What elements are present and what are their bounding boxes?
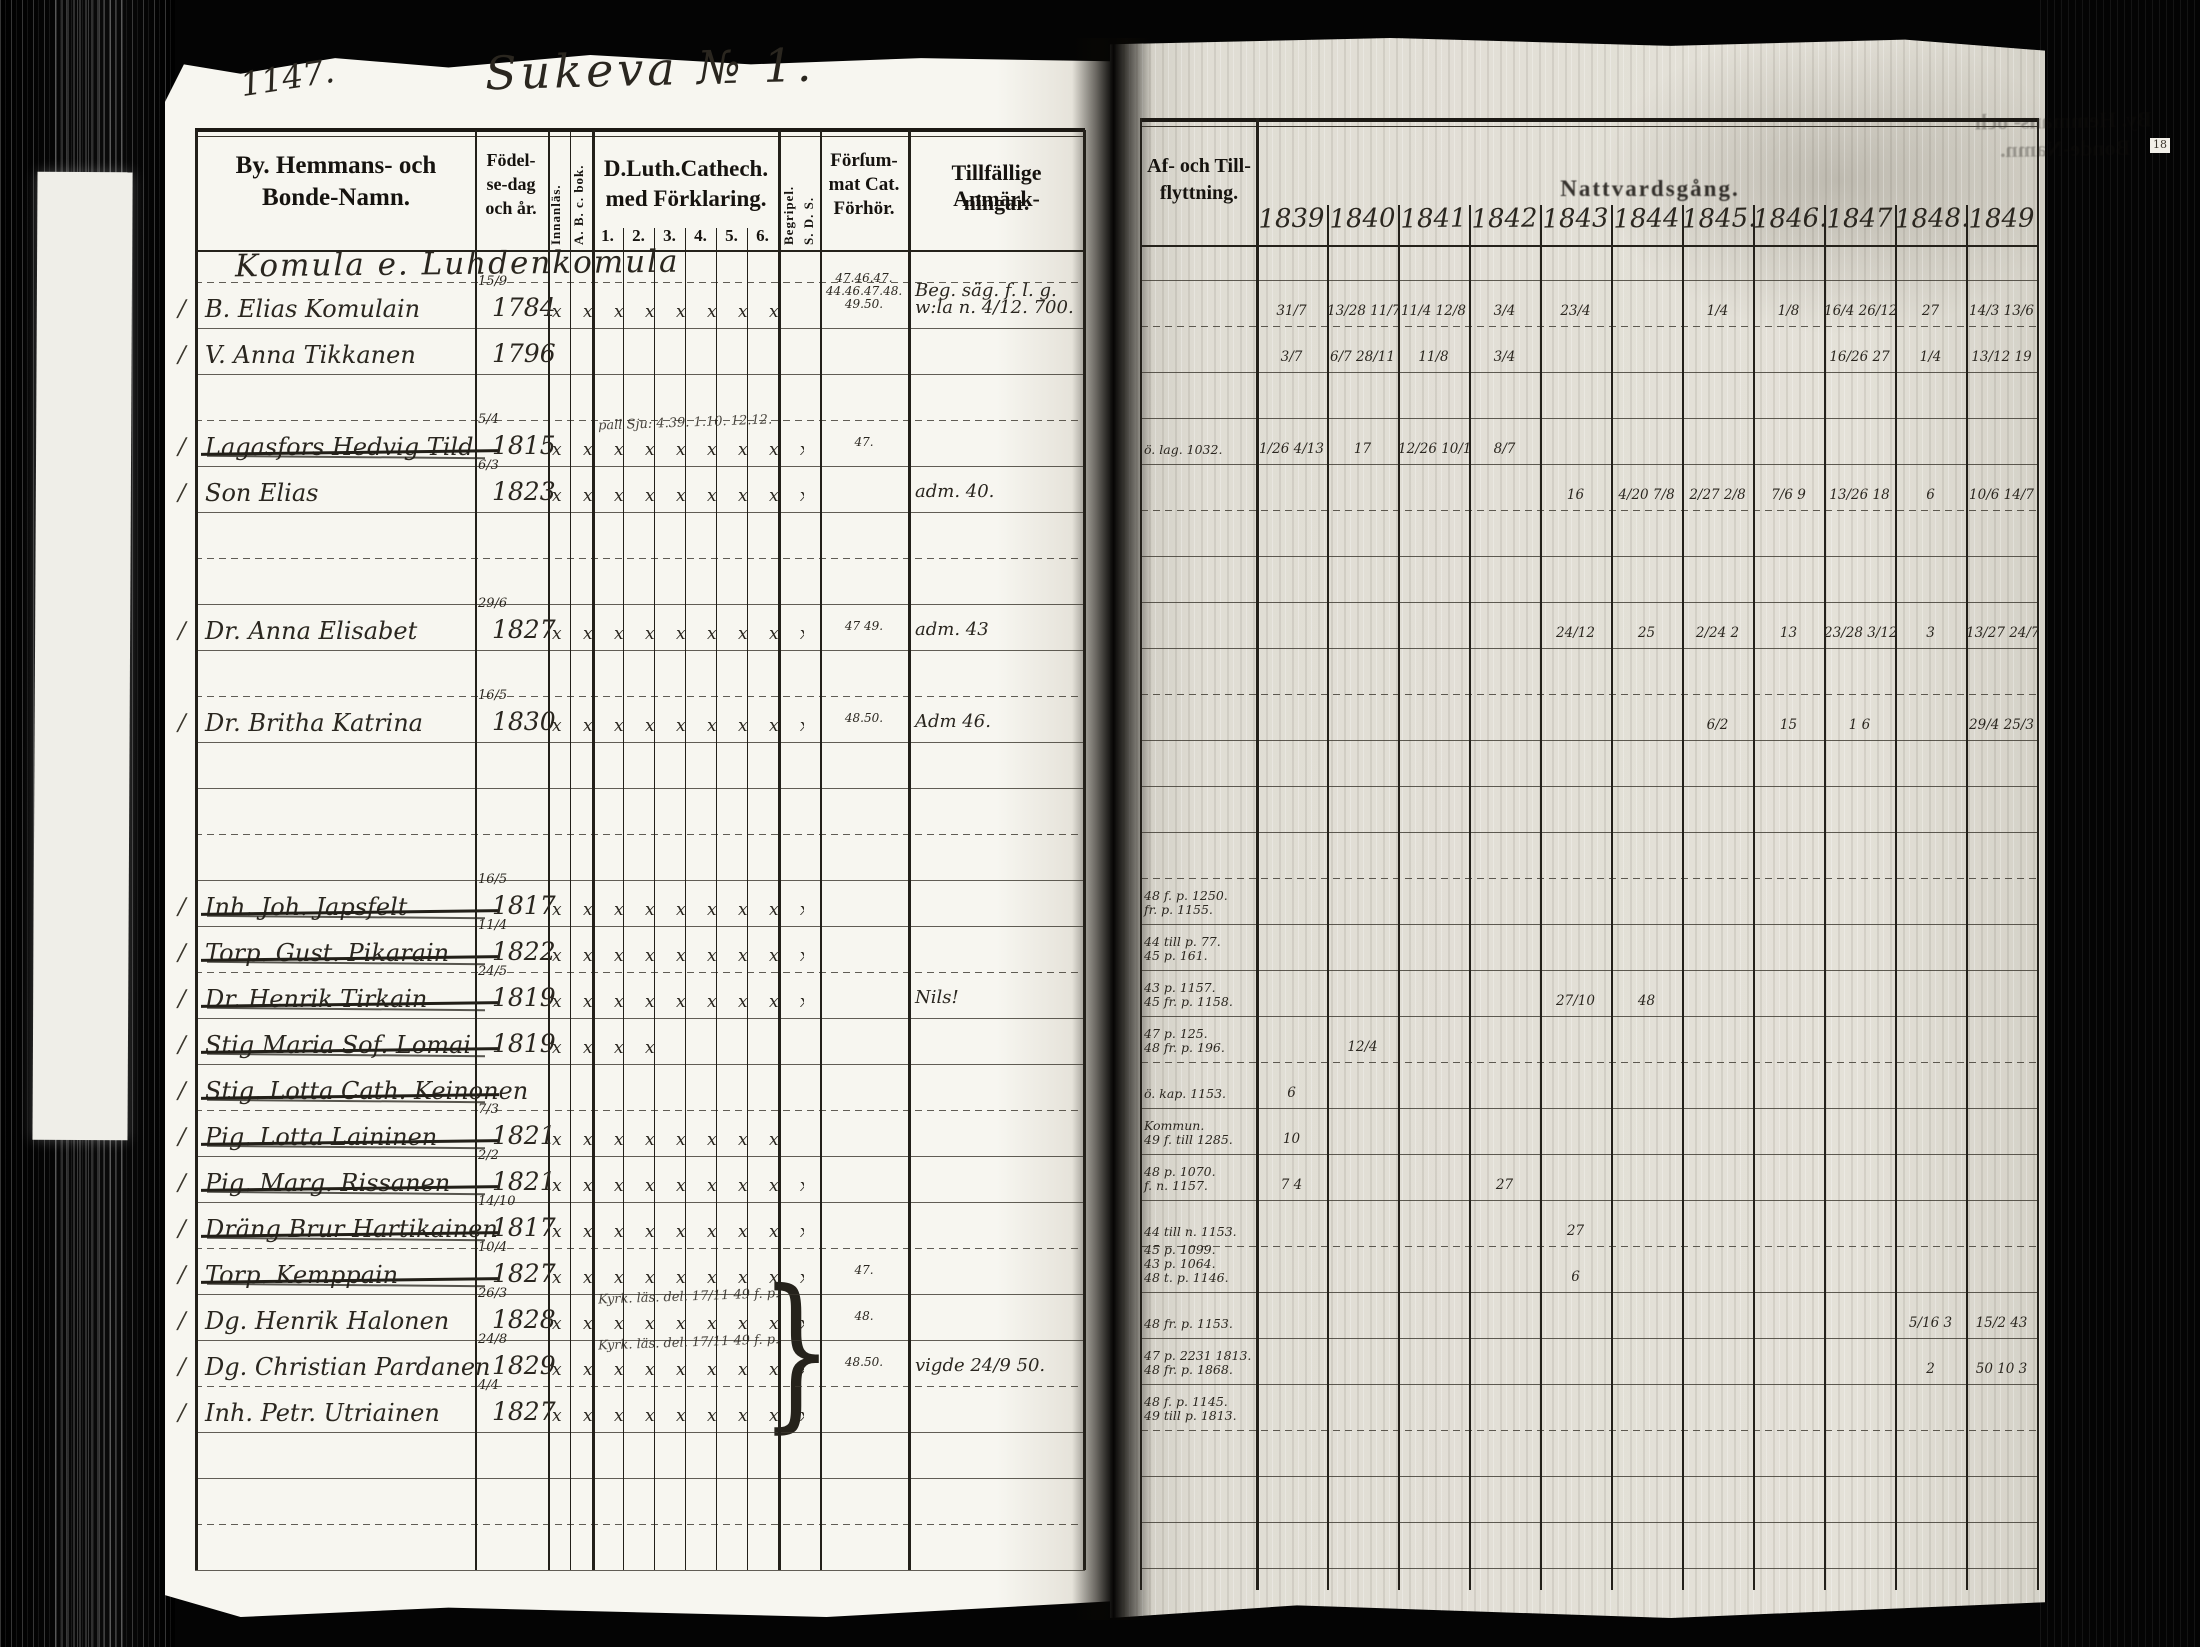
birth-year: 1817 <box>492 1213 556 1242</box>
row-name: Son Elias <box>205 479 505 513</box>
cathech-subcol-number: 6. <box>747 226 778 246</box>
row-name: Pig. Marg. Rissanen <box>205 1169 505 1203</box>
flyttning-entry: 45 p. 1099. <box>1144 1242 1256 1257</box>
ruled-line-left <box>195 696 1085 697</box>
birth-year: 1817 <box>492 891 556 920</box>
ruled-line-right <box>1141 418 2038 419</box>
nattvard-mark: 6 <box>1895 487 1966 503</box>
nattvard-mark: 2/27 2/8 <box>1682 487 1753 503</box>
margin-tick: ∕ <box>178 1170 186 1196</box>
ruled-line-right <box>1141 1568 2038 1569</box>
flyttning-entry: 48 f. p. 1145. <box>1144 1394 1256 1409</box>
flyttning-entry: 44 till n. 1153. <box>1144 1224 1256 1239</box>
nattvard-mark: 12/26 10/13 <box>1398 441 1469 457</box>
catechism-marks: x x x x x x x x x x x x x x x x <box>552 624 804 644</box>
year-label-1847: 1847 <box>1824 203 1896 234</box>
nattvard-mark: 1/26 4/13 <box>1256 441 1327 457</box>
year-column-line <box>1753 205 1755 1590</box>
row-name: Inh. Joh. Japsfelt <box>205 893 505 927</box>
margin-tick: ∕ <box>178 618 186 644</box>
flyttning-entry: 47 p. 125. <box>1144 1026 1256 1041</box>
margin-tick: ∕ <box>178 1354 186 1380</box>
birth-year: 1823 <box>492 477 556 506</box>
birth-day-fraction: 2/2 <box>478 1148 499 1163</box>
forsummat-entry: 48.50. <box>822 1355 906 1369</box>
forsummat-entry: 47 49. <box>822 619 906 633</box>
ruled-line-left <box>195 1524 1085 1525</box>
column-line-left <box>1083 130 1086 1570</box>
flyttning-entry: 47 p. 2231 1813. <box>1144 1348 1256 1363</box>
birth-year: 1819 <box>492 1029 556 1058</box>
margin-tick: ∕ <box>178 1216 186 1242</box>
flyttning-entry: fr. p. 1155. <box>1144 902 1256 917</box>
year-label-1844: 1844 <box>1611 203 1683 234</box>
anmarkning-entry: Nils! <box>915 987 1087 1008</box>
row-name: Dräng Brur Hartikainen <box>205 1215 505 1249</box>
margin-tick: ∕ <box>178 342 186 368</box>
year-label-1842: 1842 <box>1469 203 1541 234</box>
row-name: Dg. Henrik Halonen <box>205 1307 505 1341</box>
ruled-line-right <box>1141 970 2038 971</box>
ruled-line-left <box>195 1478 1085 1479</box>
margin-tick: ∕ <box>178 1032 186 1058</box>
forsummat-entry: 48. <box>822 1309 906 1323</box>
ruled-line-right <box>1141 556 2038 557</box>
ruled-line-right <box>1141 1016 2038 1017</box>
birth-year: 1827 <box>492 1259 556 1288</box>
catechism-marks: x x x x x x x x x x x x x x <box>552 1360 804 1380</box>
year-column-line <box>1469 205 1471 1590</box>
header-bottom-rule-left <box>195 250 1085 252</box>
catechism-marks: x x x x x x x x x x x x x <box>552 1222 804 1242</box>
row-name: Pig. Lotta Laininen <box>205 1123 505 1157</box>
nattvard-mark: 23/28 3/12 <box>1824 625 1895 641</box>
ruled-line-left <box>195 834 1085 835</box>
row-name: Dr. Britha Katrina <box>205 709 505 743</box>
nattvard-mark: 3/7 <box>1256 349 1327 365</box>
year-column-line <box>1824 205 1826 1590</box>
year-label-1849: 1849 <box>1966 203 2038 234</box>
ruled-line-right <box>1141 280 2038 281</box>
margin-tick: ∕ <box>178 480 186 506</box>
column-line-left <box>908 130 911 1570</box>
catechism-marks: x x x x x x x x x x x x x x x <box>552 1176 804 1196</box>
row-name: Stig. Lotta Cath. Keinonen <box>205 1077 505 1111</box>
catechism-marks: x x x x x x x x x x x x x x <box>552 716 804 736</box>
birth-year: 1784 <box>492 293 556 322</box>
nattvard-mark: 2/24 2 <box>1682 625 1753 641</box>
ruled-line-right <box>1141 1154 2038 1155</box>
birth-year: 1815 <box>492 431 556 460</box>
catechism-marks: x x x x x x x x <box>552 302 804 322</box>
catechism-marks: x x x x x x x x x x x x x x x <box>552 486 804 506</box>
flyttning-entry: ö. kap. 1153. <box>1144 1086 1256 1101</box>
anmarkning-entry: w:la n. 4/12. 700. <box>915 297 1087 318</box>
nattvard-mark: 23/4 <box>1540 303 1611 319</box>
ruled-line-right <box>1141 1062 2038 1063</box>
ruled-line-right <box>1141 1384 2038 1385</box>
nattvard-mark: 1 6 <box>1824 717 1895 733</box>
nattvard-mark: 24/12 <box>1540 625 1611 641</box>
nattvard-mark: 25 <box>1611 625 1682 641</box>
nattvard-mark: 4/20 7/8 <box>1611 487 1682 503</box>
nattvard-mark: 6/2 <box>1682 717 1753 733</box>
year-label-1846: 1846. <box>1753 203 1825 234</box>
nattvard-mark: 13/28 11/7 <box>1327 303 1398 319</box>
flyttning-entry: 48 fr. p. 196. <box>1144 1040 1256 1055</box>
scanned-church-record-page: 1147. Sukeva № 1. By. Hemmans- och Bonde… <box>0 0 2200 1647</box>
catechism-marks: x x x x x x x x x x x x x <box>552 1268 804 1288</box>
year-column-line <box>1895 205 1897 1590</box>
cathech-subcol-number: 4. <box>685 226 716 246</box>
ruled-line-left <box>195 880 1085 881</box>
ruled-line-left <box>195 558 1085 559</box>
year-column-line <box>1682 205 1684 1590</box>
row-name: Dg. Christian Pardanen <box>205 1353 505 1387</box>
nattvard-mark: 16/26 27 <box>1824 349 1895 365</box>
table-right-border <box>2037 118 2039 1590</box>
nattvard-mark: 3 <box>1895 625 1966 641</box>
margin-tick: ∕ <box>178 434 186 460</box>
margin-tick: ∕ <box>178 296 186 322</box>
birth-day-fraction: 15/9 <box>478 274 507 289</box>
margin-tick: ∕ <box>178 986 186 1012</box>
birth-day-fraction: 16/5 <box>478 872 507 887</box>
ruled-line-right <box>1141 740 2038 741</box>
flyttning-entry: 45 fr. p. 1158. <box>1144 994 1256 1009</box>
cathech-subcol-number: 1. <box>592 226 623 246</box>
ruled-line-right <box>1141 1476 2038 1477</box>
ruled-line-right <box>1141 1108 2038 1109</box>
nattvard-mark: 6 <box>1256 1085 1327 1101</box>
row-name: Lagasfors Hedvig Tild <box>205 433 505 467</box>
margin-tick: ∕ <box>178 1308 186 1334</box>
margin-tick: ∕ <box>178 1078 186 1104</box>
year-label-1840: 1840 <box>1327 203 1399 234</box>
nattvard-mark: 50 10 3 <box>1966 1361 2037 1377</box>
catechism-marks: x x x x <box>552 1038 804 1058</box>
ruled-line-right <box>1141 648 2038 649</box>
ruled-line-right <box>1141 510 2038 511</box>
row-name: Torp. Kemppain <box>205 1261 505 1295</box>
row-name: B. Elias Komulain <box>205 295 505 329</box>
catechism-marks: x x x x x x x x x x x x x x x <box>552 900 804 920</box>
nattvard-mark: 3/4 <box>1469 349 1540 365</box>
birth-year: 1822 <box>492 937 556 966</box>
catechism-marks: x x x x x x x x x x x <box>552 1406 804 1426</box>
year-column-line <box>1398 205 1400 1590</box>
catechism-marks: x x x x x x x x x x x x x x x <box>552 440 804 460</box>
column-line-left <box>778 130 781 1570</box>
nattvard-mark: 13/12 19 <box>1966 349 2037 365</box>
nattvard-mark: 27 <box>1540 1223 1611 1239</box>
ruled-line-right <box>1141 1522 2038 1523</box>
flyttning-entry: 49 till p. 1813. <box>1144 1408 1256 1423</box>
margin-tick: ∕ <box>178 1262 186 1288</box>
nattvard-mark: 13 <box>1753 625 1824 641</box>
column-line-left <box>195 130 198 1570</box>
nattvard-mark: 13/26 18 <box>1824 487 1895 503</box>
nattvard-mark: 11/4 12/8 <box>1398 303 1469 319</box>
ruled-line-right <box>1141 1430 2038 1431</box>
catechism-marks: x x x x x x x x x x x x x <box>552 992 804 1012</box>
nattvard-mark: 14/3 13/6 <box>1966 303 2037 319</box>
birth-year: 1821 <box>492 1167 556 1196</box>
cathech-subcol-number: 5. <box>716 226 747 246</box>
ruled-line-left <box>195 1570 1085 1571</box>
flyttning-entry: 43 p. 1157. <box>1144 980 1256 995</box>
forsummat-entry: 47. <box>822 1263 906 1277</box>
margin-tick: ∕ <box>178 1400 186 1426</box>
birth-day-fraction: 4/4 <box>478 1378 499 1393</box>
forsummat-entry: 49.50. <box>822 297 906 311</box>
flyttning-entry: 44 till p. 77. <box>1144 934 1256 949</box>
nattvard-mark: 15 <box>1753 717 1824 733</box>
margin-tick: ∕ <box>178 894 186 920</box>
year-label-1839: 1839 <box>1256 203 1328 234</box>
ruled-line-left <box>195 604 1085 605</box>
ruled-line-left <box>195 788 1085 789</box>
nattvard-mark: 1/4 <box>1895 349 1966 365</box>
nattvard-mark: 31/7 <box>1256 303 1327 319</box>
margin-tick: ∕ <box>178 1124 186 1150</box>
catechism-marks: x x x x x x x x x x x x x x x x <box>552 946 804 966</box>
nattvard-mark: 12/4 <box>1327 1039 1398 1055</box>
ruled-line-right <box>1141 832 2038 833</box>
ruled-line-right <box>1141 924 2038 925</box>
flyttning-entry: 48 f. p. 1250. <box>1144 888 1256 903</box>
birth-day-fraction: 24/5 <box>478 964 507 979</box>
margin-tick: ∕ <box>178 710 186 736</box>
birth-year: 1829 <box>492 1351 556 1380</box>
anmarkning-entry: Adm 46. <box>915 711 1087 732</box>
birth-day-fraction: 10/4 <box>478 1240 507 1255</box>
header-bottom-rule-right <box>1140 245 2038 247</box>
nattvard-mark: 5/16 3 <box>1895 1315 1966 1331</box>
year-column-line <box>1966 205 1968 1590</box>
ruled-line-right <box>1141 464 2038 465</box>
nattvard-mark: 16/4 26/12 <box>1824 303 1895 319</box>
ruled-line-right <box>1141 326 2038 327</box>
birth-day-fraction: 7/3 <box>478 1102 499 1117</box>
row-name: V. Anna Tikkanen <box>205 341 505 375</box>
row-name: Stig Maria Sof. Lomai <box>205 1031 505 1065</box>
ruled-line-right <box>1141 878 2038 879</box>
flyttning-entry: 48 fr. p. 1153. <box>1144 1316 1256 1331</box>
cathech-subcol-number: 2. <box>623 226 654 246</box>
nattvard-mark: 10/6 14/7 <box>1966 487 2037 503</box>
birth-day-fraction: 26/3 <box>478 1286 507 1301</box>
nattvard-mark: 13/27 24/7 <box>1966 625 2037 641</box>
birth-day-fraction: 6/3 <box>478 458 499 473</box>
nattvard-mark: 6 <box>1540 1269 1611 1285</box>
nattvard-mark: 29/4 25/3 <box>1966 717 2037 733</box>
ruled-line-right <box>1141 786 2038 787</box>
nattvard-mark: 48 <box>1611 993 1682 1009</box>
flyttning-entry: 49 f. till 1285. <box>1144 1132 1256 1147</box>
ruled-line-right <box>1141 1200 2038 1201</box>
nattvard-mark: 15/2 43 <box>1966 1315 2037 1331</box>
nattvard-mark: 27 <box>1469 1177 1540 1193</box>
birth-year: 1796 <box>492 339 556 368</box>
catechism-marks: x x x x x x x x <box>552 1130 804 1150</box>
forsummat-entry: 47.46.47. <box>822 271 906 285</box>
anmarkning-entry: vigde 24/9 50. <box>915 1355 1087 1376</box>
nattvard-mark: 16 <box>1540 487 1611 503</box>
table-top-rule-right <box>1140 126 2038 127</box>
ruled-line-right <box>1141 372 2038 373</box>
birth-day-fraction: 29/6 <box>478 596 507 611</box>
flyttning-entry: 48 t. p. 1146. <box>1144 1270 1256 1285</box>
table-top-rule-left <box>195 136 1085 137</box>
column-line-left <box>820 130 822 1570</box>
birth-year: 1819 <box>492 983 556 1012</box>
nattvard-mark: 6/7 28/11 <box>1327 349 1398 365</box>
anmarkning-entry: adm. 43 <box>915 619 1087 640</box>
flyttning-entry: ö. lag. 1032. <box>1144 442 1256 457</box>
nattvard-mark: 27/10 <box>1540 993 1611 1009</box>
nattvard-mark: 1/4 <box>1682 303 1753 319</box>
flyttning-left-line <box>1140 118 1142 1590</box>
birth-day-fraction: 11/4 <box>478 918 507 933</box>
nattvard-mark: 11/8 <box>1398 349 1469 365</box>
ruled-line-right <box>1141 694 2038 695</box>
table-top-border-left <box>195 128 1085 132</box>
birth-year: 1827 <box>492 1397 556 1426</box>
forsummat-entry: 47. <box>822 435 906 449</box>
flyttning-entry: 43 p. 1064. <box>1144 1256 1256 1271</box>
birth-year: 1828 <box>492 1305 556 1334</box>
table-body-layer: 1.2.3.4.5.6.1839184018411842184318441845… <box>0 0 2200 1647</box>
year-label-1845: 1845. <box>1682 203 1754 234</box>
ruled-line-right <box>1141 1338 2038 1339</box>
year-column-line <box>1611 205 1613 1590</box>
ruled-line-right <box>1141 602 2038 603</box>
year-label-1848: 1848. <box>1895 203 1967 234</box>
nattvard-mark: 7/6 9 <box>1753 487 1824 503</box>
nattvard-mark: 27 <box>1895 303 1966 319</box>
birth-day-fraction: 14/10 <box>478 1194 515 1209</box>
row-name: Torp. Gust. Pikarain <box>205 939 505 973</box>
forsummat-entry: 44.46.47.48. <box>822 284 906 298</box>
catechism-marks: x x x x x x x x x x x x x x <box>552 1314 804 1334</box>
flyttning-entry: 48 fr. p. 1868. <box>1144 1362 1256 1377</box>
margin-tick: ∕ <box>178 940 186 966</box>
column-line-left <box>592 130 595 1570</box>
year-label-1841: 1841 <box>1398 203 1470 234</box>
row-name: Inh. Petr. Utriainen <box>205 1399 505 1433</box>
nattvard-mark: 7 4 <box>1256 1177 1327 1193</box>
birth-year: 1827 <box>492 615 556 644</box>
nattvard-mark: 3/4 <box>1469 303 1540 319</box>
year-label-1843: 1843 <box>1540 203 1612 234</box>
forsummat-entry: 48.50. <box>822 711 906 725</box>
row-name: Dr. Anna Elisabet <box>205 617 505 651</box>
nattvard-mark: 2 <box>1895 1361 1966 1377</box>
birth-day-fraction: 5/4 <box>478 412 499 427</box>
nattvard-mark: 17 <box>1327 441 1398 457</box>
table-top-border-right <box>1140 118 2038 122</box>
nattvard-mark: 10 <box>1256 1131 1327 1147</box>
birth-year: 1821 <box>492 1121 556 1150</box>
year-column-line <box>1540 205 1542 1590</box>
nattvard-mark: 1/8 <box>1753 303 1824 319</box>
nattvard-mark: 8/7 <box>1469 441 1540 457</box>
flyttning-right-line <box>1256 118 1259 1590</box>
birth-day-fraction: 16/5 <box>478 688 507 703</box>
flyttning-entry: 48 p. 1070. <box>1144 1164 1256 1179</box>
birth-day-fraction: 24/8 <box>478 1332 507 1347</box>
flyttning-entry: Kommun. <box>1144 1118 1256 1133</box>
flyttning-entry: 45 p. 161. <box>1144 948 1256 963</box>
cathech-subcol-number: 3. <box>654 226 685 246</box>
year-column-line <box>1327 205 1329 1590</box>
ruled-line-right <box>1141 1292 2038 1293</box>
ruled-line-right <box>1141 1246 2038 1247</box>
flyttning-entry: f. n. 1157. <box>1144 1178 1256 1193</box>
anmarkning-entry: adm. 40. <box>915 481 1087 502</box>
birth-year: 1830 <box>492 707 556 736</box>
column-line-left <box>570 130 571 1570</box>
row-name: Dr. Henrik Tirkain <box>205 985 505 1019</box>
